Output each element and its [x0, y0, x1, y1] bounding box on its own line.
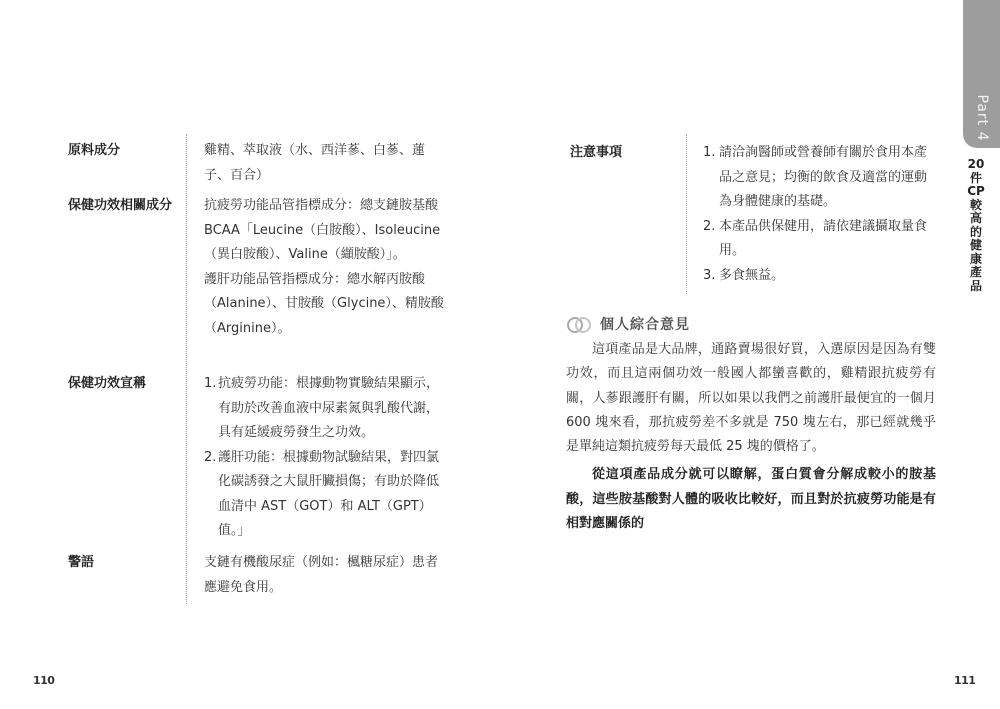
spec-paragraph: 護肝功能品管指標成分：總水解丙胺酸（Alanine）、甘胺酸（Glycine）、…	[204, 268, 444, 342]
spec-label-ingredients: 原料成分	[68, 139, 120, 163]
column-divider	[686, 134, 687, 294]
spec-value-ingredients: 雞精、萃取液（水、西洋蔘、白蔘、蓮子、百合）	[204, 139, 444, 188]
list-item: 1. 請洽詢醫師或營養師有關於食用本產品之意見；均衡的飲食及適當的運動為身體健康…	[703, 141, 935, 215]
opinion-paragraph: 這項產品是大品牌，通路賣場很好買，入選原因是因為有雙功效，而且這兩個功效一般國人…	[566, 338, 936, 459]
list-text: 請洽詢醫師或營養師有關於食用本產品之意見；均衡的飲食及適當的運動為身體健康的基礎…	[719, 141, 935, 215]
list-item: 2. 本產品供保健用，請依建議攝取量食用。	[703, 215, 935, 264]
spec-value-active-ingredients: 抗疲勞功能品管指標成分：總支鏈胺基酸 BCAA「Leucine（白胺酸）、Iso…	[204, 194, 444, 341]
page-number-right: 111	[954, 674, 975, 687]
left-page: 原料成分 雞精、萃取液（水、西洋蔘、白蔘、蓮子、百合） 保健功效相關成分 抗疲勞…	[0, 0, 500, 709]
list-text: 護肝功能：根據動物試驗結果，對四氯化碳誘發之大鼠肝臟損傷；有助於降低血清中 AS…	[218, 446, 444, 544]
list-text: 抗疲勞功能：根據動物實驗結果顯示，有助於改善血液中尿素氮與乳酸代謝，具有延緩疲勞…	[218, 372, 444, 446]
spec-paragraph: 雞精、萃取液（水、西洋蔘、白蔘、蓮子、百合）	[204, 139, 444, 188]
spec-value-health-claims: 1. 抗疲勞功能：根據動物實驗結果顯示，有助於改善血液中尿素氮與乳酸代謝，具有延…	[204, 372, 444, 544]
list-text: 多食無益。	[719, 264, 935, 289]
spec-value-warning: 支鏈有機酸尿症（例如：楓糖尿症）患者應避免食用。	[204, 551, 444, 600]
notice-label: 注意事項	[570, 141, 622, 165]
column-divider	[186, 134, 187, 604]
spec-label-warning: 警語	[68, 551, 94, 575]
list-number: 3.	[703, 264, 719, 289]
opinion-paragraph-bold: 從這項產品成分就可以瞭解，蛋白質會分解成較小的胺基酸，這些胺基酸對人體的吸收比較…	[566, 463, 936, 536]
opinion-title: 個人綜合意見	[600, 314, 690, 334]
list-item: 2. 護肝功能：根據動物試驗結果，對四氯化碳誘發之大鼠肝臟損傷；有助於降低血清中…	[204, 446, 444, 544]
spec-paragraph: 抗疲勞功能品管指標成分：總支鏈胺基酸 BCAA「Leucine（白胺酸）、Iso…	[204, 194, 444, 268]
list-number: 1.	[703, 141, 719, 215]
page-number-left: 110	[33, 674, 54, 687]
double-ring-icon	[566, 315, 594, 333]
opinion-body: 這項產品是大品牌，通路賣場很好買，入選原因是因為有雙功效，而且這兩個功效一般國人…	[566, 338, 936, 536]
chapter-title-vertical: 20件CP較高的健康產品	[966, 158, 986, 293]
list-number: 1.	[204, 372, 218, 446]
list-item: 3. 多食無益。	[703, 264, 935, 289]
spec-paragraph: 支鏈有機酸尿症（例如：楓糖尿症）患者應避免食用。	[204, 551, 444, 600]
list-number: 2.	[204, 446, 218, 544]
spec-label-active-ingredients: 保健功效相關成分	[68, 194, 172, 218]
notice-list: 1. 請洽詢醫師或營養師有關於食用本產品之意見；均衡的飲食及適當的運動為身體健康…	[703, 141, 935, 288]
list-text: 本產品供保健用，請依建議攝取量食用。	[719, 215, 935, 264]
part-label: Part 4	[974, 95, 990, 142]
list-item: 1. 抗疲勞功能：根據動物實驗結果顯示，有助於改善血液中尿素氮與乳酸代謝，具有延…	[204, 372, 444, 446]
list-number: 2.	[703, 215, 719, 264]
opinion-heading: 個人綜合意見	[566, 314, 690, 334]
right-page: 注意事項 1. 請洽詢醫師或營養師有關於食用本產品之意見；均衡的飲食及適當的運動…	[500, 0, 1000, 709]
part-tab: Part 4	[963, 0, 1000, 148]
spec-label-health-claims: 保健功效宣稱	[68, 372, 146, 396]
